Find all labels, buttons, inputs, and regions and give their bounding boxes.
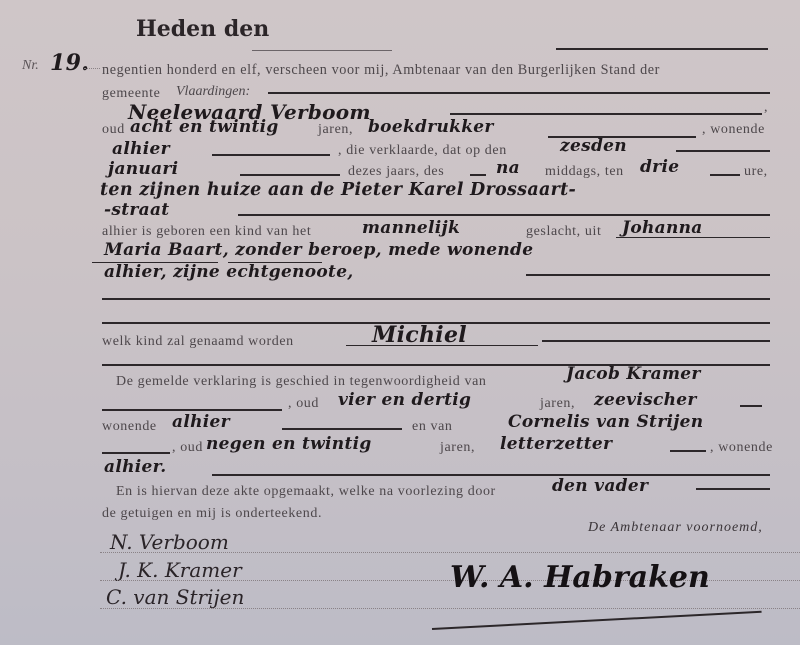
signature-witness-1: J. K. Kramer	[118, 558, 242, 582]
comma: ,	[764, 100, 768, 116]
time-of-day: na	[496, 158, 520, 178]
printed-en-van: en van	[412, 419, 453, 435]
printed-dezes-jaars: dezes jaars, des	[348, 164, 444, 180]
rule	[710, 174, 740, 176]
witness1-name: Jacob Kramer	[566, 364, 701, 384]
witness1-occupation: zeevischer	[594, 390, 697, 410]
rule	[556, 48, 768, 50]
record-number: 19.	[50, 50, 89, 76]
rule	[252, 50, 392, 51]
signature-declarant: N. Verboom	[110, 530, 229, 554]
address-line-2: -straat	[104, 200, 169, 220]
signature-official: W. A. Habraken	[450, 560, 710, 595]
printed-middags: middags, ten	[545, 164, 624, 180]
printed-welk-kind: welk kind zal genaamd worden	[102, 334, 294, 350]
declarant-residence: alhier	[112, 139, 170, 159]
rule	[542, 340, 770, 342]
rule	[450, 113, 762, 115]
printed-akte-opgemaakt: En is hiervan deze akte opgemaakt, welke…	[116, 484, 496, 500]
signature-witness-2: C. van Strijen	[106, 585, 244, 609]
printed-alhier-geboren: alhier is geboren een kind van het	[102, 224, 311, 240]
birth-day: zesden	[560, 136, 627, 156]
read-by: den vader	[552, 476, 648, 496]
mother-line-3: alhier, zijne echtgenoote,	[104, 262, 354, 282]
printed-jaren-3: jaren,	[440, 440, 475, 456]
ambtenaar-voornoemd: De Ambtenaar voornoemd,	[588, 520, 763, 536]
rule	[282, 428, 402, 430]
sex: mannelijk	[362, 218, 460, 238]
rule	[670, 450, 706, 452]
hour: drie	[640, 157, 679, 177]
printed-wonende-2: wonende	[102, 419, 157, 435]
printed-wonende: , wonende	[702, 122, 765, 138]
rule	[240, 174, 340, 176]
heading-text: Heden den	[136, 16, 269, 42]
rule	[470, 174, 486, 176]
rule	[676, 150, 770, 152]
rule	[696, 488, 770, 490]
witness1-residence: alhier	[172, 412, 230, 432]
printed-die-verklaarde: , die verklaarde, dat op den	[338, 143, 507, 159]
signature-line	[100, 608, 800, 609]
printed-oud-2: , oud	[288, 396, 319, 412]
printed-ure: ure,	[744, 164, 768, 180]
birth-month: januari	[108, 159, 178, 179]
rule	[616, 237, 770, 238]
gemeente-name: Vlaardingen:	[176, 84, 250, 100]
rule	[268, 92, 770, 94]
signature-flourish	[432, 611, 762, 630]
witness2-occupation: letterzetter	[500, 434, 612, 454]
rule	[212, 154, 330, 156]
printed-gemelde: De gemelde verklaring is geschied in teg…	[116, 374, 486, 390]
printed-wonende-3: , wonende	[710, 440, 773, 456]
witness2-name: Cornelis van Strijen	[508, 412, 703, 432]
declarant-occupation: boekdrukker	[368, 117, 494, 137]
printed-jaren: jaren,	[318, 122, 353, 138]
printed-oud-3: , oud	[172, 440, 203, 456]
address-line-1: ten zijnen huize aan de Pieter Karel Dro…	[100, 180, 576, 200]
printed-geslacht-uit: geslacht, uit	[526, 224, 601, 240]
witness2-age: negen en twintig	[206, 434, 372, 454]
rule	[346, 345, 538, 346]
witness2-residence: alhier.	[104, 457, 167, 477]
printed-jaren-2: jaren,	[540, 396, 575, 412]
printed-getuigen: de getuigen en mij is onderteekend.	[102, 506, 322, 522]
witness1-age: vier en dertig	[338, 390, 471, 410]
declarant-age: acht en twintig	[130, 117, 279, 137]
printed-oud: oud	[102, 122, 125, 138]
rule	[212, 474, 770, 476]
record-number-label: Nr.	[22, 58, 39, 74]
rule	[102, 298, 770, 300]
rule	[740, 405, 762, 407]
printed-line-2: negentien honderd en elf, verscheen voor…	[102, 62, 660, 79]
nr-label: Nr.	[22, 58, 39, 73]
heading: Heden den	[136, 16, 269, 42]
rule	[526, 274, 770, 276]
rule	[102, 452, 170, 454]
rule	[238, 214, 770, 216]
divider	[84, 68, 100, 69]
mother-line-2: Maria Baart, zonder beroep, mede wonende	[104, 240, 533, 260]
signature-line	[100, 552, 800, 553]
mother-first-name: Johanna	[622, 218, 703, 238]
rule	[102, 409, 282, 411]
